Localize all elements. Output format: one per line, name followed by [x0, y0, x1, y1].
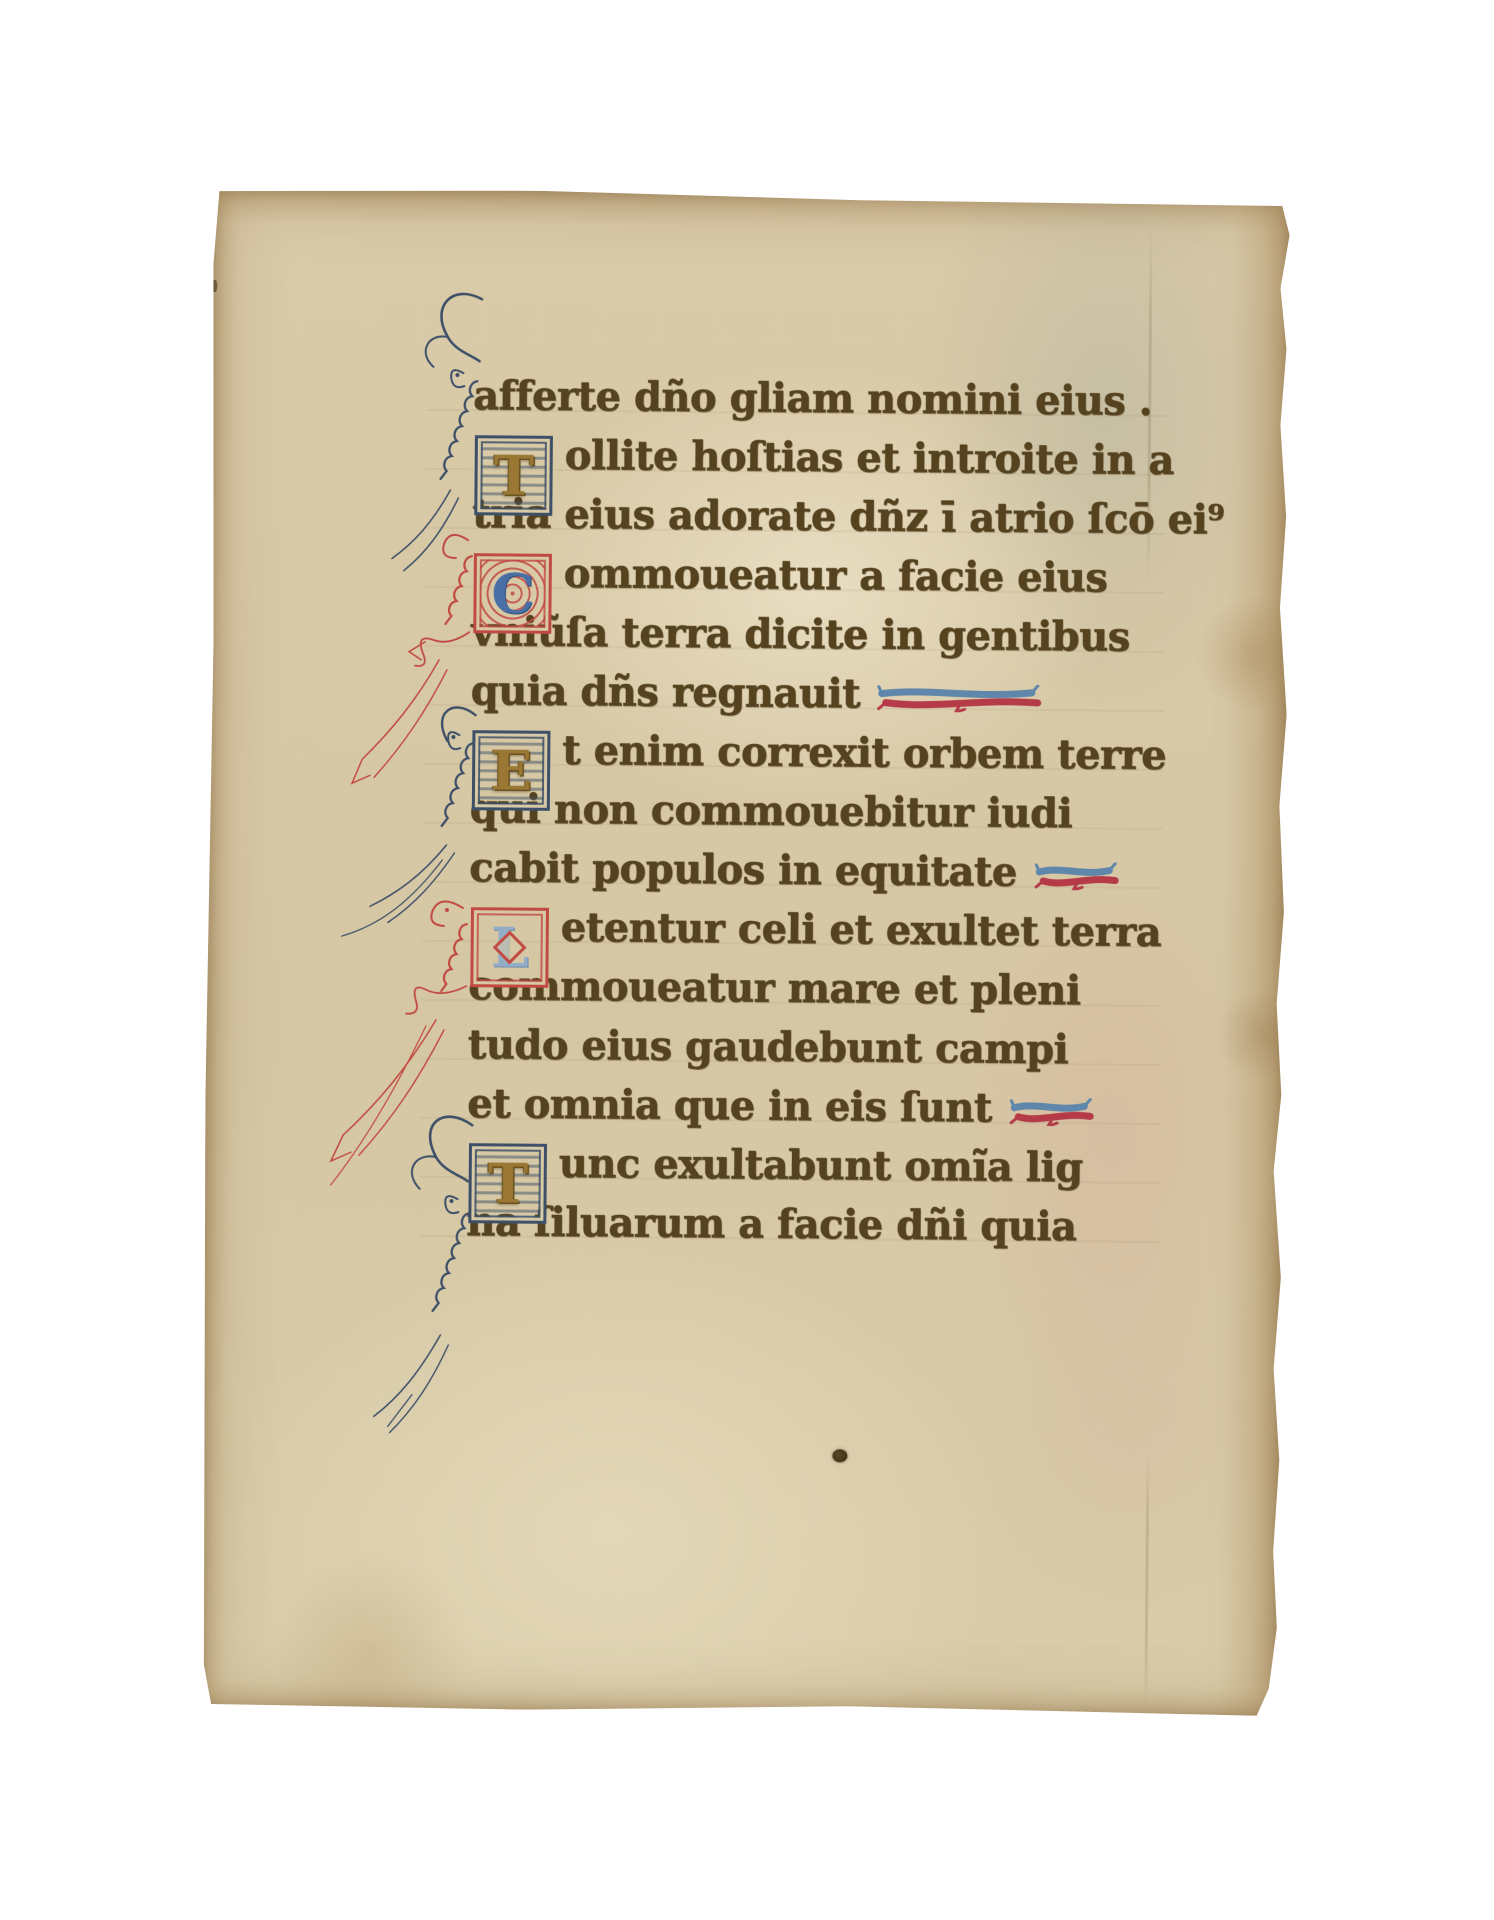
text-line: na ſiluarum a facie dñi quia — [466, 1192, 1226, 1257]
line-text: qui non commouebitur iudi — [470, 785, 1073, 837]
text-line: quia dñs regnauit — [471, 661, 1231, 726]
line-text: ollite hoſtias et introite in a — [565, 432, 1175, 484]
line-text: etentur celi et exultet terra — [561, 904, 1162, 956]
parchment-crease — [1144, 1451, 1149, 1711]
ink-spot — [832, 1449, 847, 1462]
line-text: t enim correxit orbem terre — [562, 727, 1166, 779]
line-text: et omnia que in eis ſunt — [467, 1080, 992, 1131]
text-line: Commoueatur a facie eius — [472, 543, 1232, 608]
illuminated-initial: T — [474, 435, 553, 516]
text-line: Et enim correxit orbem terre — [470, 720, 1230, 785]
line-text: cabit populos in equitate — [469, 844, 1017, 896]
initial-letter: E — [491, 743, 532, 797]
illuminated-initial: T — [468, 1143, 547, 1224]
line-text: quia dñs regnauit — [471, 667, 861, 717]
line-text: ommoueatur a facie eius — [564, 550, 1108, 602]
line-filler — [1033, 847, 1121, 907]
illuminated-initial: C — [473, 553, 552, 634]
illuminated-initial: L — [470, 907, 549, 988]
text-line: tria eius adorate dñz ī atrio ſcō ei⁹ — [472, 484, 1232, 549]
text-line: et omnia que in eis ſunt — [467, 1074, 1227, 1139]
text-line: commoueatur mare et pleni — [468, 956, 1228, 1021]
text-line: afferte dño gliam nomini eius . — [473, 366, 1233, 431]
photo-stage: afferte dño gliam nomini eius .Tollite h… — [0, 0, 1494, 1920]
text-line: Letentur celi et exultet terra — [469, 897, 1229, 962]
initial-letter: T — [488, 1156, 528, 1210]
initial-letter: C — [491, 566, 534, 620]
text-line: cabit populos in equitate — [469, 838, 1229, 903]
line-filler — [1008, 1083, 1096, 1143]
initial-letter: L — [491, 920, 529, 974]
line-text: tudo eius gaudebunt campi — [468, 1021, 1069, 1073]
line-filler — [876, 669, 1044, 729]
illuminated-initial: E — [472, 730, 551, 811]
line-text: unc exultabunt omĩa lig — [559, 1140, 1083, 1191]
line-text: commoueatur mare et pleni — [468, 962, 1081, 1014]
text-block: afferte dño gliam nomini eius .Tollite h… — [466, 366, 1233, 1257]
text-line: Tunc exultabunt omĩa lig — [467, 1133, 1227, 1198]
line-text: na ſiluarum a facie dñi quia — [466, 1198, 1077, 1250]
text-line: qui non commouebitur iudi — [470, 779, 1230, 844]
line-text: tria eius adorate dñz ī atrio ſcō ei⁹ — [472, 490, 1224, 543]
line-text: vniũſa terra dicite in gentibus — [471, 608, 1130, 661]
initial-letter: T — [494, 448, 534, 502]
line-text: afferte dño gliam nomini eius . — [473, 372, 1152, 425]
manuscript-leaf: afferte dño gliam nomini eius .Tollite h… — [200, 188, 1291, 1719]
text-line: Tollite hoſtias et introite in a — [473, 425, 1233, 490]
edge-speck — [212, 280, 217, 292]
text-line: tudo eius gaudebunt campi — [468, 1015, 1228, 1080]
text-line: vniũſa terra dicite in gentibus — [471, 602, 1231, 667]
